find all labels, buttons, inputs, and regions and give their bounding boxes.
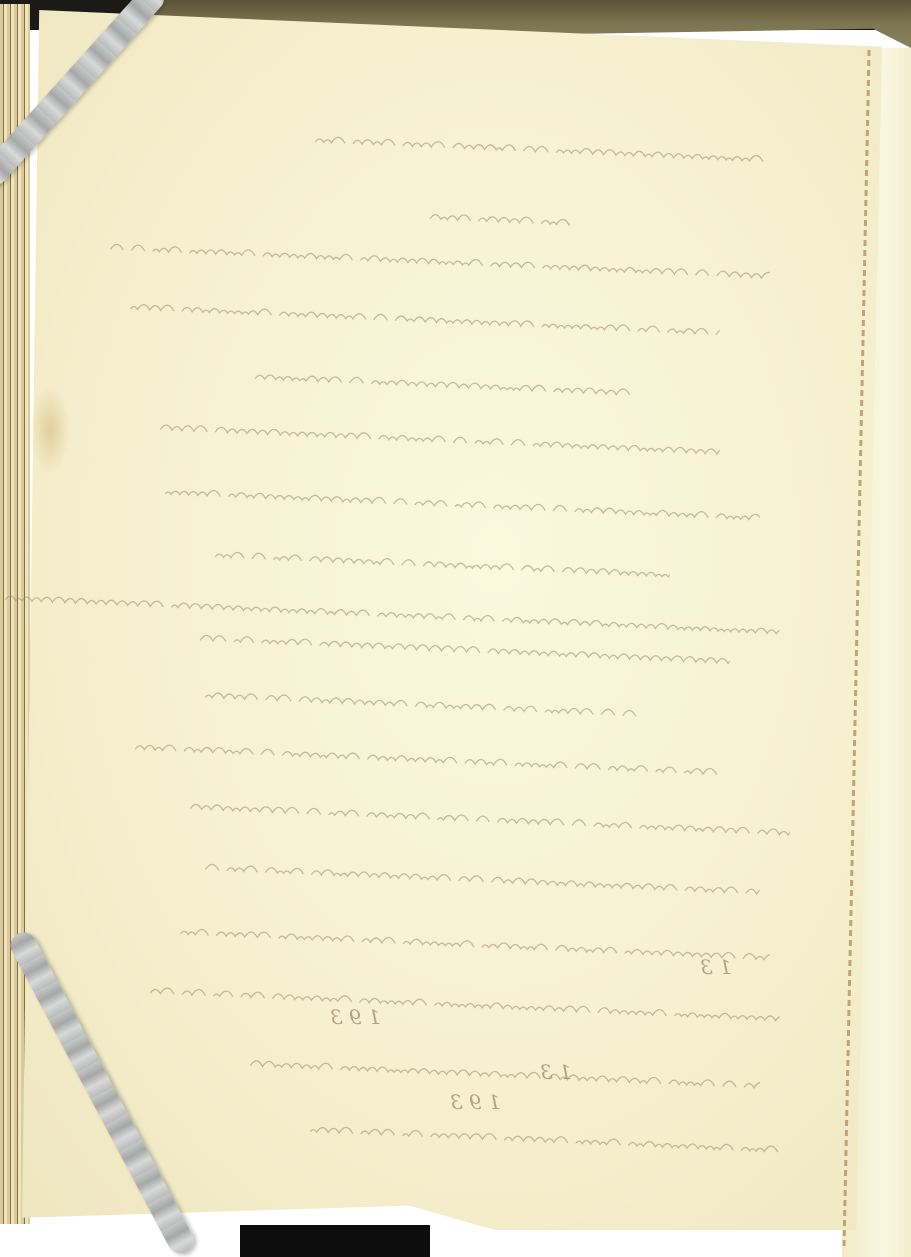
scanner-background-bottom [240,1225,430,1257]
handwriting-line [205,856,761,904]
handwriting-line [315,128,771,172]
numeral-annotation: 1 3 [540,1060,572,1084]
handwriting-line [190,795,790,845]
handwriting-line [130,295,720,345]
handwriting-line [310,1118,781,1162]
numeral-annotation: 1 3 [700,955,732,979]
handwriting-line [160,416,721,464]
handwriting-line [110,236,770,289]
numeral-annotation: 1 9 3 [450,1090,501,1114]
numeral-annotation: 1 9 3 [330,1005,381,1029]
bleed-through-handwriting: 1 9 31 31 9 31 3 [0,0,911,1257]
handwriting-line [165,480,760,530]
handwriting-line [205,684,641,727]
handwriting-line [180,920,770,970]
handwriting-line [255,365,631,405]
handwriting-line [430,205,571,235]
handwriting-line [250,1052,761,1098]
handwriting-line [215,543,671,587]
handwriting-line [150,979,780,1030]
handwriting-line [135,735,720,784]
